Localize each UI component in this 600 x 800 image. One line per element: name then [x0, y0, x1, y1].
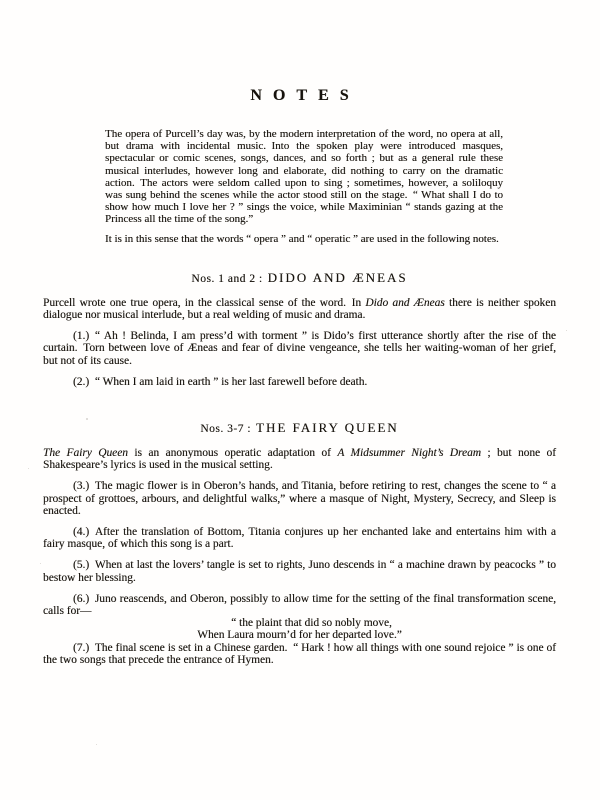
scan-speck — [96, 744, 97, 745]
scan-speck — [40, 563, 41, 564]
italic-text-run: Dido and Æneas — [365, 297, 444, 309]
book-page: NOTES The opera of Purcell’s day was, by… — [0, 0, 600, 800]
section-heading-title: DIDO AND ÆNEAS — [268, 270, 408, 285]
text-run: is an anonymous operatic adaptation of — [128, 447, 337, 459]
note-paragraph-7: (7.) The final scene is set in a Chinese… — [43, 642, 556, 666]
italic-text-run: A Midsummer Night’s Dream — [337, 447, 481, 459]
note-paragraph-2: (2.) “ When I am laid in earth ” is her … — [43, 376, 556, 388]
note-paragraph-6: (6.) Juno reascends, and Oberon, possibl… — [43, 593, 556, 617]
note-paragraph: The Fairy Queen is an anonymous operatic… — [43, 447, 556, 471]
text-run: The opera of Purcell’s day was, by the m… — [105, 128, 503, 225]
text-run: (4.) After the translation of Bottom, Ti… — [43, 526, 556, 550]
page-content: NOTES The opera of Purcell’s day was, by… — [0, 0, 600, 666]
text-run: (7.) The final scene is set in a Chinese… — [43, 642, 556, 666]
scan-speck — [28, 468, 29, 469]
scan-speck — [566, 330, 567, 331]
page-title: NOTES — [43, 87, 556, 105]
verse-quote: “ the plaint that did so nobly move, Whe… — [43, 617, 556, 641]
note-paragraph-3: (3.) The magic flower is in Oberon’s han… — [43, 480, 556, 517]
note-paragraph: Purcell wrote one true opera, in the cla… — [43, 297, 556, 321]
text-run: Purcell wrote one true opera, in the cla… — [43, 297, 365, 309]
note-paragraph-4: (4.) After the translation of Bottom, Ti… — [43, 526, 556, 550]
text-run: It is in this sense that the words “ ope… — [105, 233, 499, 245]
note-paragraph-1: (1.) “ Ah ! Belinda, I am press’d with t… — [43, 330, 556, 367]
italic-text-run: The Fairy Queen — [43, 447, 128, 459]
text-run: (3.) The magic flower is in Oberon’s han… — [43, 480, 556, 516]
intro-block: The opera of Purcell’s day was, by the m… — [105, 128, 503, 245]
text-run: (6.) Juno reascends, and Oberon, possibl… — [43, 593, 556, 617]
text-run: (5.) When at last the lovers’ tangle is … — [43, 559, 556, 583]
section-heading-number: Nos. 1 and 2 : — [191, 273, 262, 285]
text-run: (2.) “ When I am laid in earth ” is her … — [73, 376, 367, 388]
section-heading-fairy-queen: Nos. 3-7 :THE FAIRY QUEEN — [43, 412, 556, 439]
section-heading-number: Nos. 3-7 : — [200, 423, 251, 435]
verse-line: “ the plaint that did so nobly move, — [43, 617, 556, 629]
section-heading-title: THE FAIRY QUEEN — [256, 420, 399, 435]
intro-paragraph: It is in this sense that the words “ ope… — [105, 233, 503, 245]
note-paragraph-5: (5.) When at last the lovers’ tangle is … — [43, 559, 556, 583]
verse-line: When Laura mourn’d for her departed love… — [43, 629, 556, 641]
intro-paragraph: The opera of Purcell’s day was, by the m… — [105, 128, 503, 226]
scan-speck — [86, 418, 88, 420]
text-run: (1.) “ Ah ! Belinda, I am press’d with t… — [43, 330, 556, 366]
section-heading-dido: Nos. 1 and 2 :DIDO AND ÆNEAS — [43, 262, 556, 289]
